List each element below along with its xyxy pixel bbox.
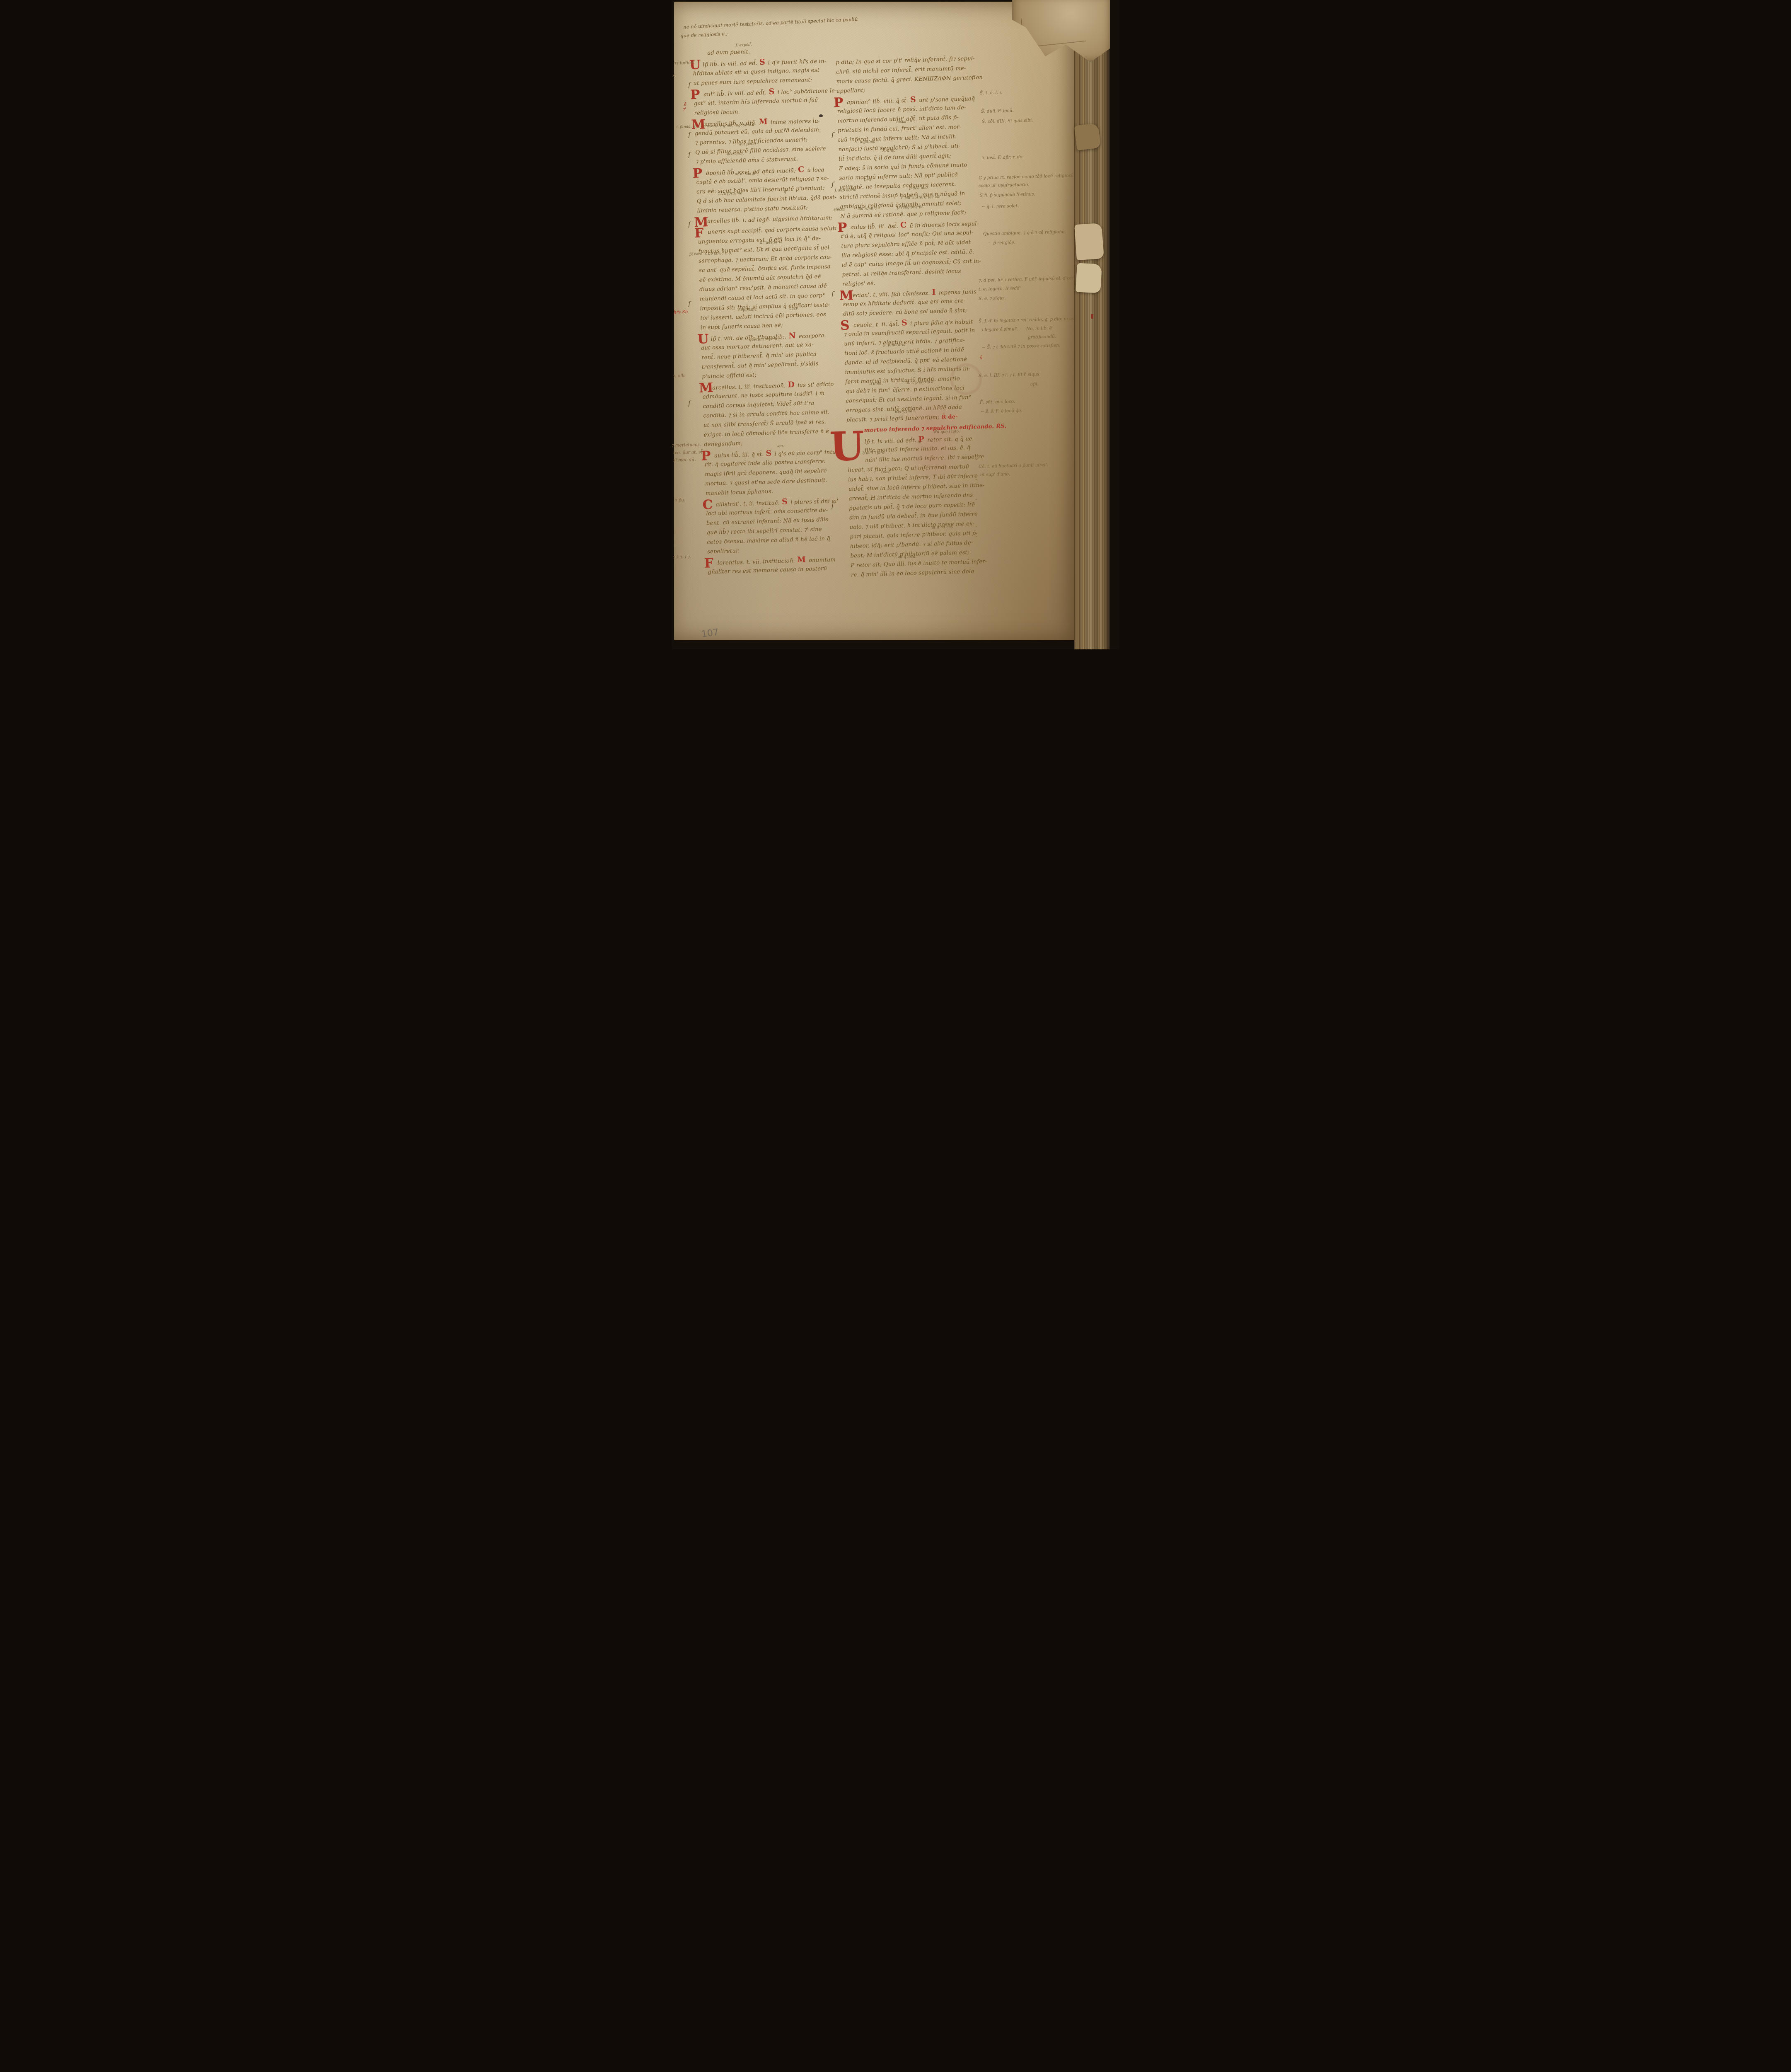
paragraph-tick-mark: ſ bbox=[688, 399, 691, 407]
red-initial-cap: C bbox=[798, 165, 805, 174]
interlinear-gloss: i. ad q̄ locū. bbox=[894, 555, 916, 560]
text-column-left: ad eum p̄uenit..ſ. expōd̄.Ulp̄ lib̄. lx… bbox=[692, 45, 846, 578]
margin-note: „ bbox=[975, 533, 978, 538]
red-initial-cap: I bbox=[932, 288, 936, 297]
margin-note: ut sup' d'uno. bbox=[980, 472, 1010, 477]
rubric-catchword: R̄ de- bbox=[940, 414, 958, 421]
interlinear-gloss: q̄ uult ī fere bbox=[862, 451, 885, 456]
margin-note: si moc̄ dū. bbox=[673, 457, 696, 462]
interlinear-gloss: ti dote. bbox=[869, 382, 883, 386]
manuscript-paragraph: Callistrat'. t. ii. instituc̄.Si plures … bbox=[706, 496, 845, 557]
margin-note: ~ q̄. i. rera solet. bbox=[981, 203, 1019, 209]
red-initial-cap: S bbox=[902, 318, 908, 327]
margin-note: „ bbox=[975, 476, 978, 481]
illuminated-initial: S bbox=[840, 319, 850, 332]
paragraph-tick-mark: ſ bbox=[831, 181, 834, 188]
margin-note: ⁊ p̄u. bbox=[675, 498, 686, 503]
margin-note: ⁊ merletucos. bbox=[672, 442, 701, 448]
interlinear-gloss: i. legitimū bbox=[856, 140, 876, 144]
margin-note: „ bbox=[975, 456, 978, 461]
red-initial-cap: D bbox=[788, 380, 795, 389]
fore-edge-page-stack bbox=[1074, 0, 1110, 649]
manuscript-paragraph: Ulp̄ lib̄. lx viii. ad ed̄.Si q's fuerit… bbox=[693, 56, 831, 88]
interlinear-gloss: occisore. bbox=[727, 152, 744, 156]
red-initial-cap: S bbox=[910, 95, 916, 104]
interlinear-gloss: p religione fit. bbox=[897, 206, 924, 210]
red-initial-cap: S bbox=[769, 87, 775, 96]
interlinear-gloss: ar̄ d' siniut bbox=[735, 172, 755, 177]
interlinear-gloss: p̄i caro. i. de struc̄ ti ō. bbox=[689, 252, 732, 257]
manuscript-paragraph: Marcellus. t. iii. institucion̄.Dius st'… bbox=[702, 379, 842, 450]
paragraph-tick-mark: ſ bbox=[688, 220, 691, 228]
red-initial-cap: M bbox=[759, 117, 768, 127]
manuscript-paragraph: Marcellus lib̄. v. dig̃.Minime maiores l… bbox=[694, 115, 833, 167]
manuscript-paragraph: Pōponiū lib̄. xxvi. ad qn̄tū muciū;C… bbox=[696, 164, 835, 216]
margin-note: S̄. t. e. l. i. bbox=[980, 90, 1003, 95]
manuscript-photo: ne nō uindicauit mortē testator̄is. ad… bbox=[672, 0, 1119, 649]
interlinear-gloss: electa bbox=[834, 208, 845, 212]
manuscript-paragraph: Sceuola. t. ii. q̄st̄.Si plura p̄dia q's… bbox=[844, 316, 986, 425]
manuscript-paragraph: Funeris sup̄t accipit̄. qod corporis cau… bbox=[698, 224, 838, 333]
interlinear-gloss: q̄' bbox=[783, 190, 787, 194]
illuminated-initial: U bbox=[829, 428, 865, 465]
manuscript-paragraph: Paulus lib̄. iii. q̄st̄.Cū in diuersis … bbox=[841, 218, 982, 289]
margin-note: ~ p̄ religiōe. bbox=[988, 240, 1015, 246]
margin-note: ⁊ legare ē simul'. bbox=[981, 327, 1019, 332]
paragraph-tick-mark: ſ bbox=[688, 81, 691, 89]
torn-edge-tab bbox=[1074, 123, 1101, 151]
red-initial-cap: M bbox=[797, 555, 806, 564]
margin-note: S̄. duli. F. locū. bbox=[981, 108, 1014, 114]
margin-note: ⁊' bbox=[683, 107, 686, 112]
interlinear-gloss: te bbox=[917, 441, 921, 444]
red-initial-cap: S bbox=[766, 449, 772, 458]
illuminated-initial: F bbox=[694, 227, 704, 240]
manuscript-paragraph: Paul° lib̄. lx viii. ad ed̄t.Si loc° sub… bbox=[694, 85, 832, 118]
illuminated-initial: P bbox=[692, 167, 702, 180]
red-initial-cap: C bbox=[900, 220, 907, 230]
manuscript-paragraph: Papinian° lib̄. viii. q̄ st̄.Sunt p'sone… bbox=[837, 93, 980, 221]
margin-note: gratificandū. bbox=[1028, 334, 1056, 340]
page-edge-tab bbox=[1074, 223, 1104, 260]
manuscript-paragraph: Florentius. t. vii. institucion̄.Monumtu… bbox=[707, 554, 845, 577]
interlinear-gloss: i. cal' sus ē. d iuē cōi bbox=[901, 196, 940, 201]
interlinear-gloss: -eo- bbox=[777, 445, 784, 448]
interlinear-gloss: quorum sepelir⁊ bbox=[749, 337, 780, 342]
interlinear-gloss: ut it ad cus bbox=[932, 525, 953, 530]
manuscript-paragraph: lp̄ t. lx viii. ad ed̄t.Pretor ait. q̄ q… bbox=[847, 433, 990, 580]
illuminated-initial: P bbox=[690, 89, 700, 102]
interlinear-gloss: ō'd quo ī toto. bbox=[934, 430, 960, 435]
interlinear-gloss: al' uestiaria bbox=[760, 241, 783, 245]
manuscript-paragraph: p dita; In qua si cor p't' reliq̄e infer… bbox=[836, 54, 976, 96]
illuminated-initial: M bbox=[839, 289, 854, 302]
illuminated-initial: P bbox=[837, 221, 847, 234]
paragraph-tick-mark: ſ bbox=[688, 131, 691, 138]
paragraph-tick-mark: ſ bbox=[688, 151, 691, 158]
margin-note: F̄. sn̄t. q̄uo loco. bbox=[980, 399, 1015, 405]
margin-note: ē bbox=[684, 102, 687, 107]
interlinear-gloss: rōne. bbox=[881, 470, 891, 474]
margin-note: ap̄i. bbox=[1030, 382, 1039, 387]
margin-note: S̄. e. ⁊ siqus. bbox=[979, 295, 1006, 301]
interlinear-gloss: Sepulchri. bbox=[738, 308, 758, 312]
margin-note: x bbox=[672, 73, 675, 78]
interlinear-gloss: S̄. i. p portio ē. bbox=[906, 380, 935, 385]
interlinear-gloss: caci bbox=[790, 307, 798, 311]
margin-note: hr̄s Sb bbox=[674, 310, 688, 315]
margin-note: „ bbox=[975, 523, 978, 528]
margin-note: No. in lib; ē bbox=[1026, 326, 1052, 332]
interlinear-gloss: p̄ dcō ubo bbox=[909, 186, 928, 191]
paragraph-tick-mark: ſ bbox=[831, 290, 834, 298]
margin-note: „ bbox=[975, 496, 978, 501]
illuminated-initial: M bbox=[699, 382, 713, 395]
interlinear-gloss: exercendū. bbox=[895, 410, 916, 414]
interlinear-gloss: aut pater bbox=[739, 143, 757, 147]
manuscript-paragraph: Ulp̄ t. viii. de oīb; t'bunalib;.Necorp… bbox=[701, 330, 839, 382]
interlinear-gloss: illa rōne q̄ bbox=[858, 207, 877, 211]
interlinear-gloss: iusus bbox=[897, 120, 906, 124]
margin-note: q̄ bbox=[980, 355, 983, 360]
margin-note: ivo. p̄ur at. st̄ bbox=[673, 450, 703, 455]
interlinear-gloss: S. funeraria bbox=[883, 343, 906, 348]
margin-note: ⁊⁊ iudicē. bbox=[674, 60, 695, 65]
paragraph-tick-mark: ſ bbox=[831, 501, 834, 509]
red-initial-cap: S bbox=[759, 58, 766, 67]
interlinear-gloss: Test- bbox=[863, 179, 873, 183]
illuminated-initial: F bbox=[704, 557, 713, 570]
illuminated-initial: C bbox=[702, 499, 713, 511]
text-column-right: p dita; In qua si cor p't' reliq̄e infer… bbox=[836, 54, 990, 581]
illuminated-initial: P bbox=[834, 97, 844, 109]
interlinear-gloss: .ſ. expōd̄. bbox=[735, 44, 752, 48]
margin-note: ⁊ s̄ ⁊. i ⁊. bbox=[673, 554, 691, 559]
margin-note: ⁊. olla bbox=[673, 373, 686, 379]
red-initial-cap: S bbox=[782, 497, 788, 506]
manuscript-paragraph: Mecian'. t. viii. fidi cōmissoz.Impensa… bbox=[843, 286, 983, 319]
page-edge-tab-2 bbox=[1076, 263, 1102, 293]
paragraph-tick-mark: ſ bbox=[688, 300, 691, 307]
paragraph-tick-mark: ſ bbox=[831, 131, 834, 138]
interlinear-gloss: S. dn̄s. bbox=[882, 149, 895, 153]
illuminated-initial: U bbox=[697, 333, 709, 346]
manuscript-paragraph: Paulus lib̄. iii. q̄ st̄.Si q's eū aīo… bbox=[704, 447, 843, 499]
illuminated-initial: M bbox=[691, 118, 706, 131]
interlinear-gloss: ..i. s fortunio bbox=[718, 192, 742, 196]
red-initial-cap: N bbox=[788, 331, 796, 341]
interlinear-gloss: J. sup abem. bbox=[834, 189, 858, 193]
